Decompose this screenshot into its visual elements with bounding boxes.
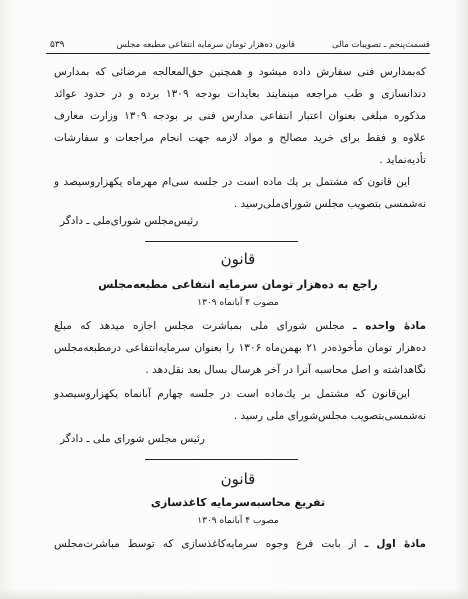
article-text: مجلس شورای ملی بمباشرت مجلس اجازه میدهد … <box>54 320 345 332</box>
article-label: مادهٔ واحده ـ <box>353 320 426 332</box>
text-line: نگاهداشته و اصل محاسبه آنرا در آخر هرسال… <box>54 360 426 380</box>
article-text: از بابت فرع وجوه سرمایه‌کاغذسازی که توسط… <box>54 538 357 550</box>
text-line: نه‌شمسی‌بتصویب مجلس‌شورای ملی رسید . <box>54 406 426 426</box>
text-line: ده‌هزار تومان مأخوذه‌در ۲۱ بهمن‌ماه ۱۳۰۶… <box>54 338 426 358</box>
separator-rule <box>145 459 298 460</box>
text-line: که‌بمدارس فنی سفارش داده میشود و همچنین … <box>54 62 426 82</box>
signature: رئیس‌مجلس شورای‌ملی ـ دادگر <box>60 212 198 230</box>
scan-edge <box>0 589 468 599</box>
signature: رئیس مجلس شورای ملی ـ دادگر <box>60 430 205 448</box>
article-label: مادهٔ اول ـ <box>365 538 426 550</box>
article-first-line: مادهٔ اول ـ از بابت فرع وجوه سرمایه‌کاغذ… <box>54 534 426 554</box>
separator-rule <box>145 241 298 242</box>
text-line: تأدیه‌نماید . <box>54 150 426 170</box>
header-law-title: قانون ده‌هزار تومان سرمایه انتفاعی مطبعه… <box>116 38 295 52</box>
header-rule <box>46 53 430 54</box>
running-header: قسمت‌پنجم ـ تصویبات مالی قانون ده‌هزار ت… <box>46 38 430 52</box>
header-section-title: قسمت‌پنجم ـ تصویبات مالی <box>332 38 430 52</box>
text-line: علاوه و فقط برای خرید مصالح و مواد لازمه… <box>54 128 426 148</box>
law-title: راجع به ده‌هزار تومان سرمایه انتفاعی مطب… <box>46 278 430 291</box>
text-line: مذکوره مبلغی بعنوان اعتبار انتفاعی مدارس… <box>54 106 426 126</box>
law-date: مصوب ۴ آبانماه ۱۳۰۹ <box>46 516 430 526</box>
page-number: ۵۳۹ <box>50 38 65 52</box>
law-heading: قانون <box>46 250 430 268</box>
text-line: این قانون که مشتمل بر یك ماده است در جلس… <box>54 172 410 192</box>
text-line: دندانسازی و طب مراجعه مینمایند بعایدات ب… <box>54 84 426 104</box>
scanned-page: قسمت‌پنجم ـ تصویبات مالی قانون ده‌هزار ت… <box>0 0 468 599</box>
law-date: مصوب ۴ آبانماه ۱۳۰۹ <box>46 298 430 308</box>
law-heading: قانون <box>46 470 430 488</box>
text-line: این‌قانون که مشتمل بر یك‌ماده است در جلس… <box>54 384 410 404</box>
article-first-line: مادهٔ واحده ـ مجلس شورای ملی بمباشرت مجل… <box>54 316 426 336</box>
law-title: تفریغ محاسبه‌سرمایه کاغذسازی <box>46 496 430 509</box>
text-line: نه‌شمسی بتصویب مجلس شورای‌ملی‌رسید . <box>54 194 426 214</box>
